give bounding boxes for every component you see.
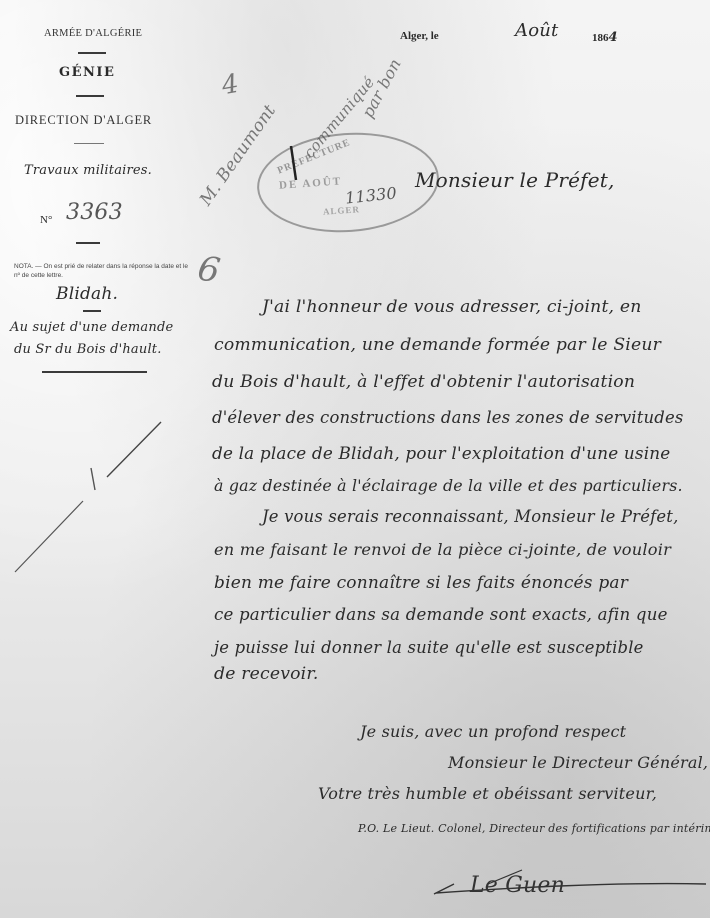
letterhead-divider: [74, 143, 104, 144]
date-year-printed: 186: [592, 32, 609, 44]
salutation: Monsieur le Préfet,: [415, 168, 615, 192]
closing-line-1: Je suis, avec un profond respect: [360, 722, 626, 741]
letterhead-corps: GÉNIE: [59, 65, 115, 80]
subject-line-1: Au sujet d'une demande: [10, 320, 173, 335]
date-year: 1864: [592, 30, 618, 45]
place-name: Blidah.: [56, 284, 118, 304]
closing-line-2: Monsieur le Directeur Général,: [448, 753, 708, 772]
body-line: du Bois d'hault, à l'effet d'obtenir l'a…: [212, 372, 635, 392]
letterhead-army: ARMÉE D'ALGÉRIE: [44, 28, 142, 39]
letterhead-divider: [78, 52, 106, 54]
signature-flourish-icon: [430, 860, 710, 900]
subject-line-2: du Sr du Bois d'hault.: [14, 342, 162, 357]
body-line: de la place de Blidah, pour l'exploitati…: [212, 443, 670, 463]
letterhead-direction: DIRECTION D'ALGER: [15, 113, 152, 128]
number-label: N°: [40, 214, 52, 226]
prefecture-stamp: PRÉFECTURE DE AOÛT ALGER: [254, 127, 442, 238]
closing-line-3: Votre très humble et obéissant serviteur…: [318, 784, 657, 803]
date-year-handwritten: 4: [609, 30, 618, 45]
body-line: J'ai l'honneur de vous adresser, ci-join…: [262, 297, 642, 317]
body-line: je puisse lui donner la suite qu'elle es…: [214, 638, 644, 657]
body-line: ce particulier dans sa demande sont exac…: [214, 605, 668, 624]
nota-text: NOTA. — On est prié de relater dans la r…: [14, 262, 194, 280]
signatory-title: P.O. Le Lieut. Colonel, Directeur des fo…: [358, 822, 710, 835]
body-line: communication, une demande formée par le…: [214, 335, 661, 355]
date-month: Août: [515, 20, 558, 41]
date-city: Alger, le: [400, 30, 439, 42]
letterhead-divider: [76, 95, 104, 97]
pencil-mark-icon: [285, 140, 305, 190]
body-line: d'élever des constructions dans les zone…: [212, 408, 684, 427]
body-line: à gaz destinée à l'éclairage de la ville…: [214, 476, 683, 495]
number-underline: [76, 242, 100, 244]
body-line: Je vous serais reconnaissant, Monsieur l…: [262, 507, 678, 526]
margin-number: 4: [220, 69, 242, 101]
body-line: bien me faire connaître si les faits éno…: [214, 573, 628, 593]
subject-underline: [42, 371, 147, 373]
number-value: 3363: [66, 200, 123, 225]
left-margin-mark: 6: [195, 248, 223, 291]
margin-strokes-icon: [0, 380, 200, 600]
body-line: en me faisant le renvoi de la pièce ci-j…: [214, 540, 671, 559]
letter-page: ARMÉE D'ALGÉRIE GÉNIE DIRECTION D'ALGER …: [0, 0, 710, 918]
body-line: de recevoir.: [214, 664, 319, 684]
letterhead-service: Travaux militaires.: [24, 163, 152, 178]
place-underline: [83, 310, 101, 312]
